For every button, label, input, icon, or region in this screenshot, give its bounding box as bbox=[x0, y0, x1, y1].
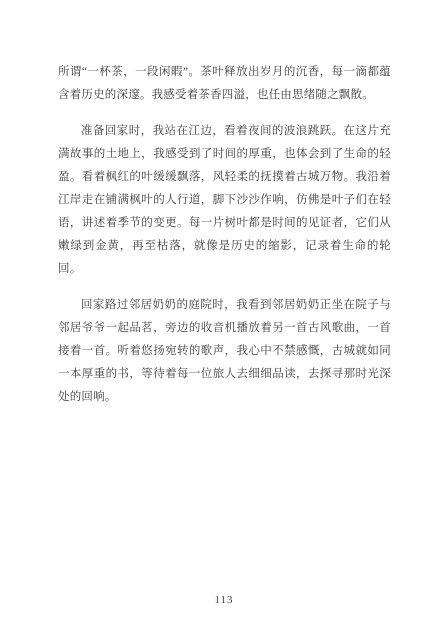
page-number: 113 bbox=[0, 594, 448, 606]
page-text-block: 所谓“一杯茶，一段闲暇”。茶叶释放出岁月的沉香，每一滴都蕴含着历史的深邃。我感受… bbox=[58, 61, 391, 422]
body-paragraph-3: 回家路过邻居奶奶的庭院时，我看到邻居奶奶正坐在院子与邻居爷爷一起品茗，旁边的收音… bbox=[58, 294, 391, 409]
body-paragraph-2: 准备回家时，我站在江边，看着夜间的波浪跳跃。在这片充满故事的土地上，我感受到了时… bbox=[58, 120, 391, 281]
document-page: 所谓“一杯茶，一段闲暇”。茶叶释放出岁月的沉香，每一滴都蕴含着历史的深邃。我感受… bbox=[0, 0, 448, 640]
body-paragraph-1: 所谓“一杯茶，一段闲暇”。茶叶释放出岁月的沉香，每一滴都蕴含着历史的深邃。我感受… bbox=[58, 61, 391, 107]
